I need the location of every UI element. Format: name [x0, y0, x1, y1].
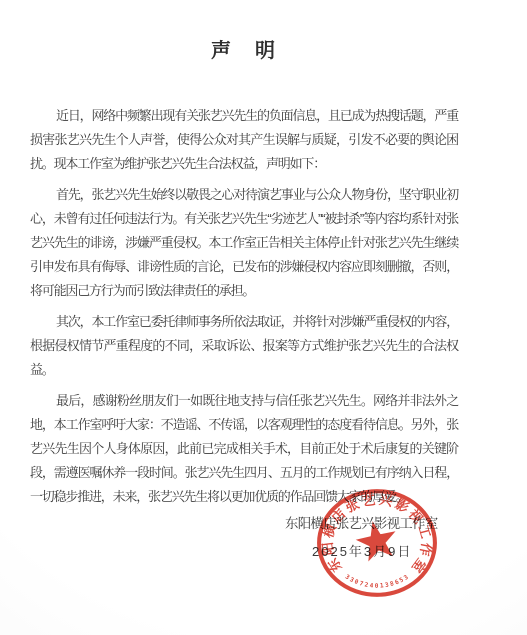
company-seal: 东阳横店张艺兴影视工作室 3307240138653: [314, 488, 440, 600]
statement-body: 近日，网络中频繁出现有关张艺兴先生的负面信息，且已成为热搜话题，严重损害张艺兴先…: [30, 104, 458, 516]
statement-title: 声 明: [30, 34, 458, 63]
seal-serial-number: 3307240138653: [344, 573, 411, 590]
statement-paragraph-intro: 近日，网络中频繁出现有关张艺兴先生的负面信息，且已成为热搜话题，严重损害张艺兴先…: [30, 104, 458, 176]
star-icon: [353, 517, 401, 563]
statement-page: 声 明 近日，网络中频繁出现有关张艺兴先生的负面信息，且已成为热搜话题，严重损害…: [0, 0, 527, 635]
statement-paragraph-first: 首先，张艺兴先生始终以敬畏之心对待演艺事业与公众人物身份，坚守职业初心，未曾有过…: [30, 183, 458, 303]
statement-paragraph-second: 其次，本工作室已委托律师事务所依法取证，并将针对涉嫌严重侵权的内容，根据侵权情节…: [30, 310, 458, 382]
